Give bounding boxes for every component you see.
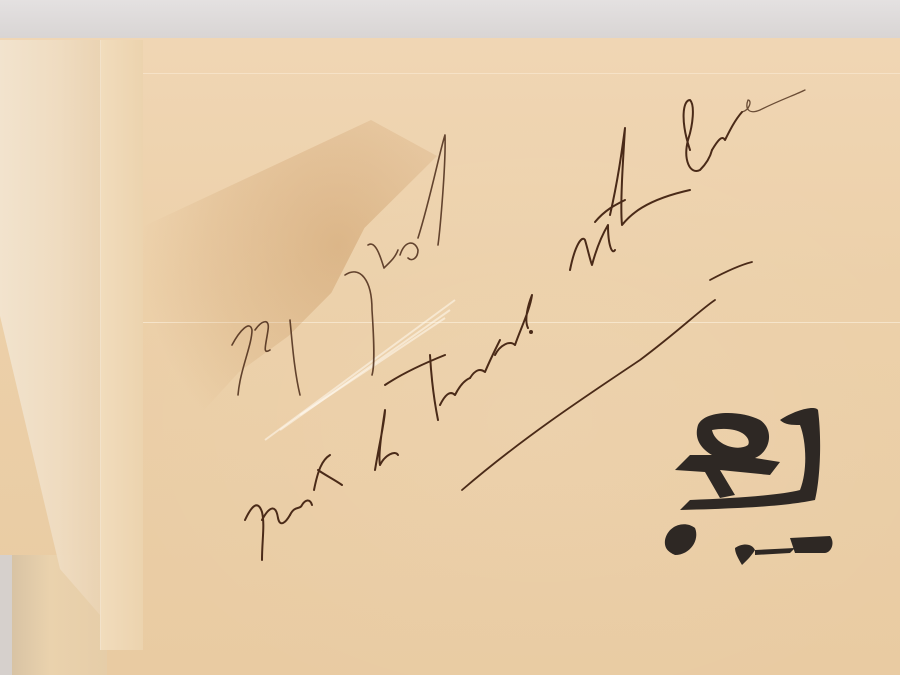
handwriting-ink [0, 0, 900, 675]
ink-stamp-character [665, 408, 833, 565]
handwriting-with-care [570, 90, 805, 270]
handwriting-must-be-treated [245, 295, 532, 560]
ink-dot [529, 330, 533, 334]
handwriting-very-frail [232, 135, 445, 395]
handwriting-underline [462, 300, 715, 490]
